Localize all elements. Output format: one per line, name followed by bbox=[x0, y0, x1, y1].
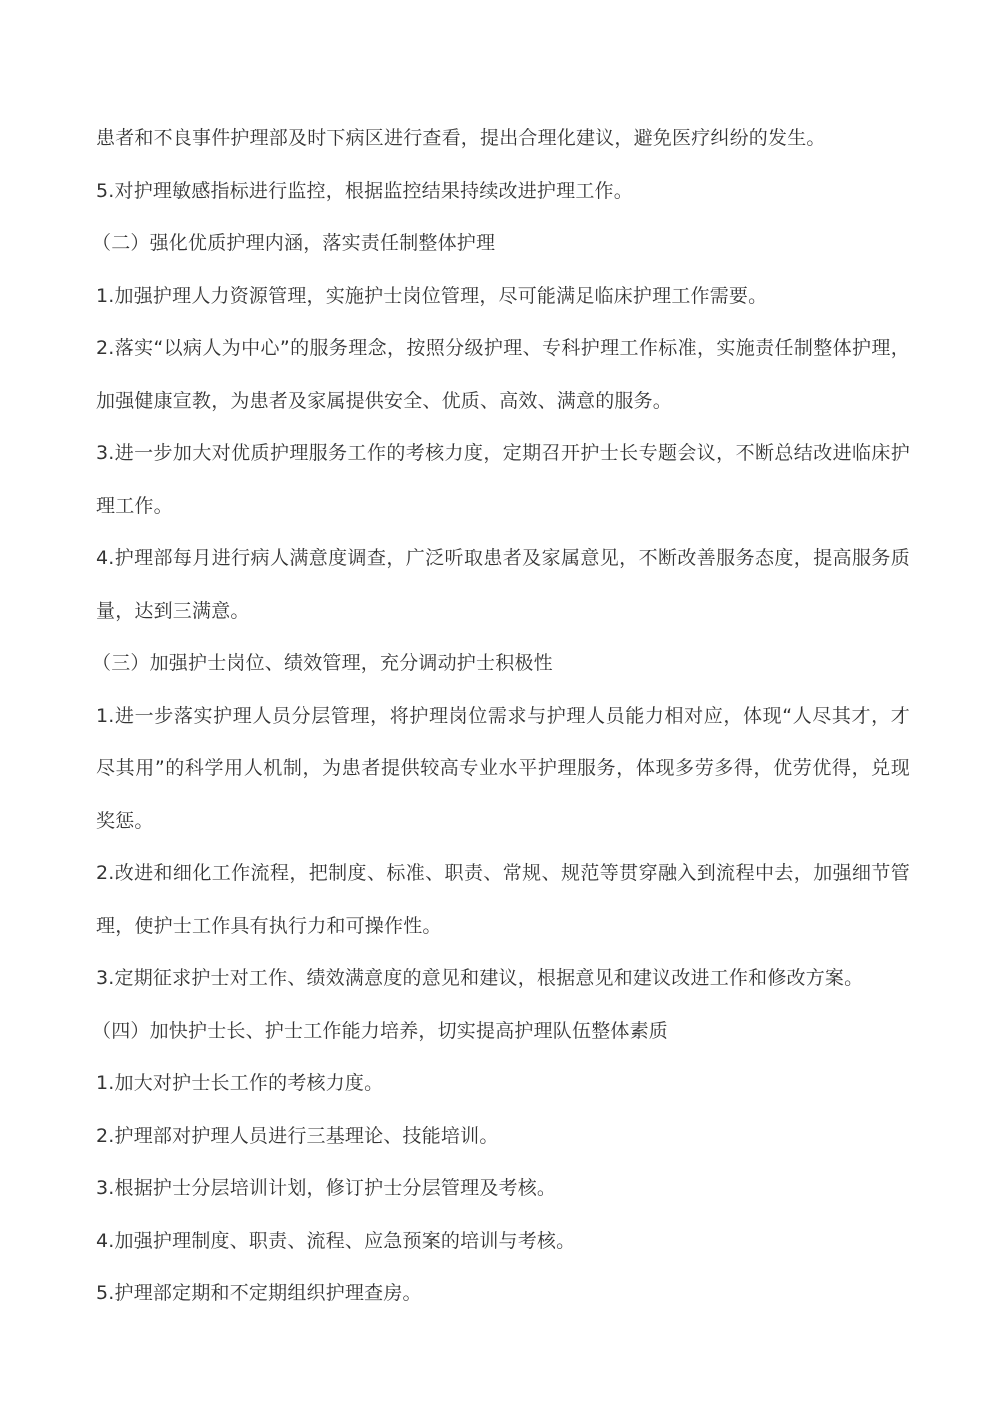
paragraph-item: 1.加大对护士长工作的考核力度。 bbox=[96, 1057, 910, 1110]
paragraph-item: 1.加强护理人力资源管理，实施护士岗位管理，尽可能满足临床护理工作需要。 bbox=[96, 270, 910, 323]
paragraph-item: 3.进一步加大对优质护理服务工作的考核力度，定期召开护士长专题会议，不断总结改进… bbox=[96, 427, 910, 532]
paragraph-continued: 患者和不良事件护理部及时下病区进行查看，提出合理化建议，避免医疗纠纷的发生。 bbox=[96, 112, 910, 165]
document-page: 患者和不良事件护理部及时下病区进行查看，提出合理化建议，避免医疗纠纷的发生。 5… bbox=[96, 112, 910, 1320]
paragraph-item: 2.改进和细化工作流程，把制度、标准、职责、常规、规范等贯穿融入到流程中去，加强… bbox=[96, 847, 910, 952]
paragraph-item: 1.进一步落实护理人员分层管理，将护理岗位需求与护理人员能力相对应，体现“人尽其… bbox=[96, 690, 910, 848]
paragraph-item: 5.护理部定期和不定期组织护理查房。 bbox=[96, 1267, 910, 1320]
paragraph-item: 2.落实“以病人为中心”的服务理念，按照分级护理、专科护理工作标准，实施责任制整… bbox=[96, 322, 910, 427]
section-heading: （三）加强护士岗位、绩效管理，充分调动护士积极性 bbox=[92, 637, 910, 690]
paragraph-item: 3.根据护士分层培训计划，修订护士分层管理及考核。 bbox=[96, 1162, 910, 1215]
paragraph-item: 5.对护理敏感指标进行监控，根据监控结果持续改进护理工作。 bbox=[96, 165, 910, 218]
paragraph-item: 4.护理部每月进行病人满意度调查，广泛听取患者及家属意见，不断改善服务态度，提高… bbox=[96, 532, 910, 637]
paragraph-item: 2.护理部对护理人员进行三基理论、技能培训。 bbox=[96, 1110, 910, 1163]
section-heading: （四）加快护士长、护士工作能力培养，切实提高护理队伍整体素质 bbox=[92, 1005, 910, 1058]
paragraph-item: 3.定期征求护士对工作、绩效满意度的意见和建议，根据意见和建议改进工作和修改方案… bbox=[96, 952, 910, 1005]
paragraph-item: 4.加强护理制度、职责、流程、应急预案的培训与考核。 bbox=[96, 1215, 910, 1268]
section-heading: （二）强化优质护理内涵，落实责任制整体护理 bbox=[92, 217, 910, 270]
